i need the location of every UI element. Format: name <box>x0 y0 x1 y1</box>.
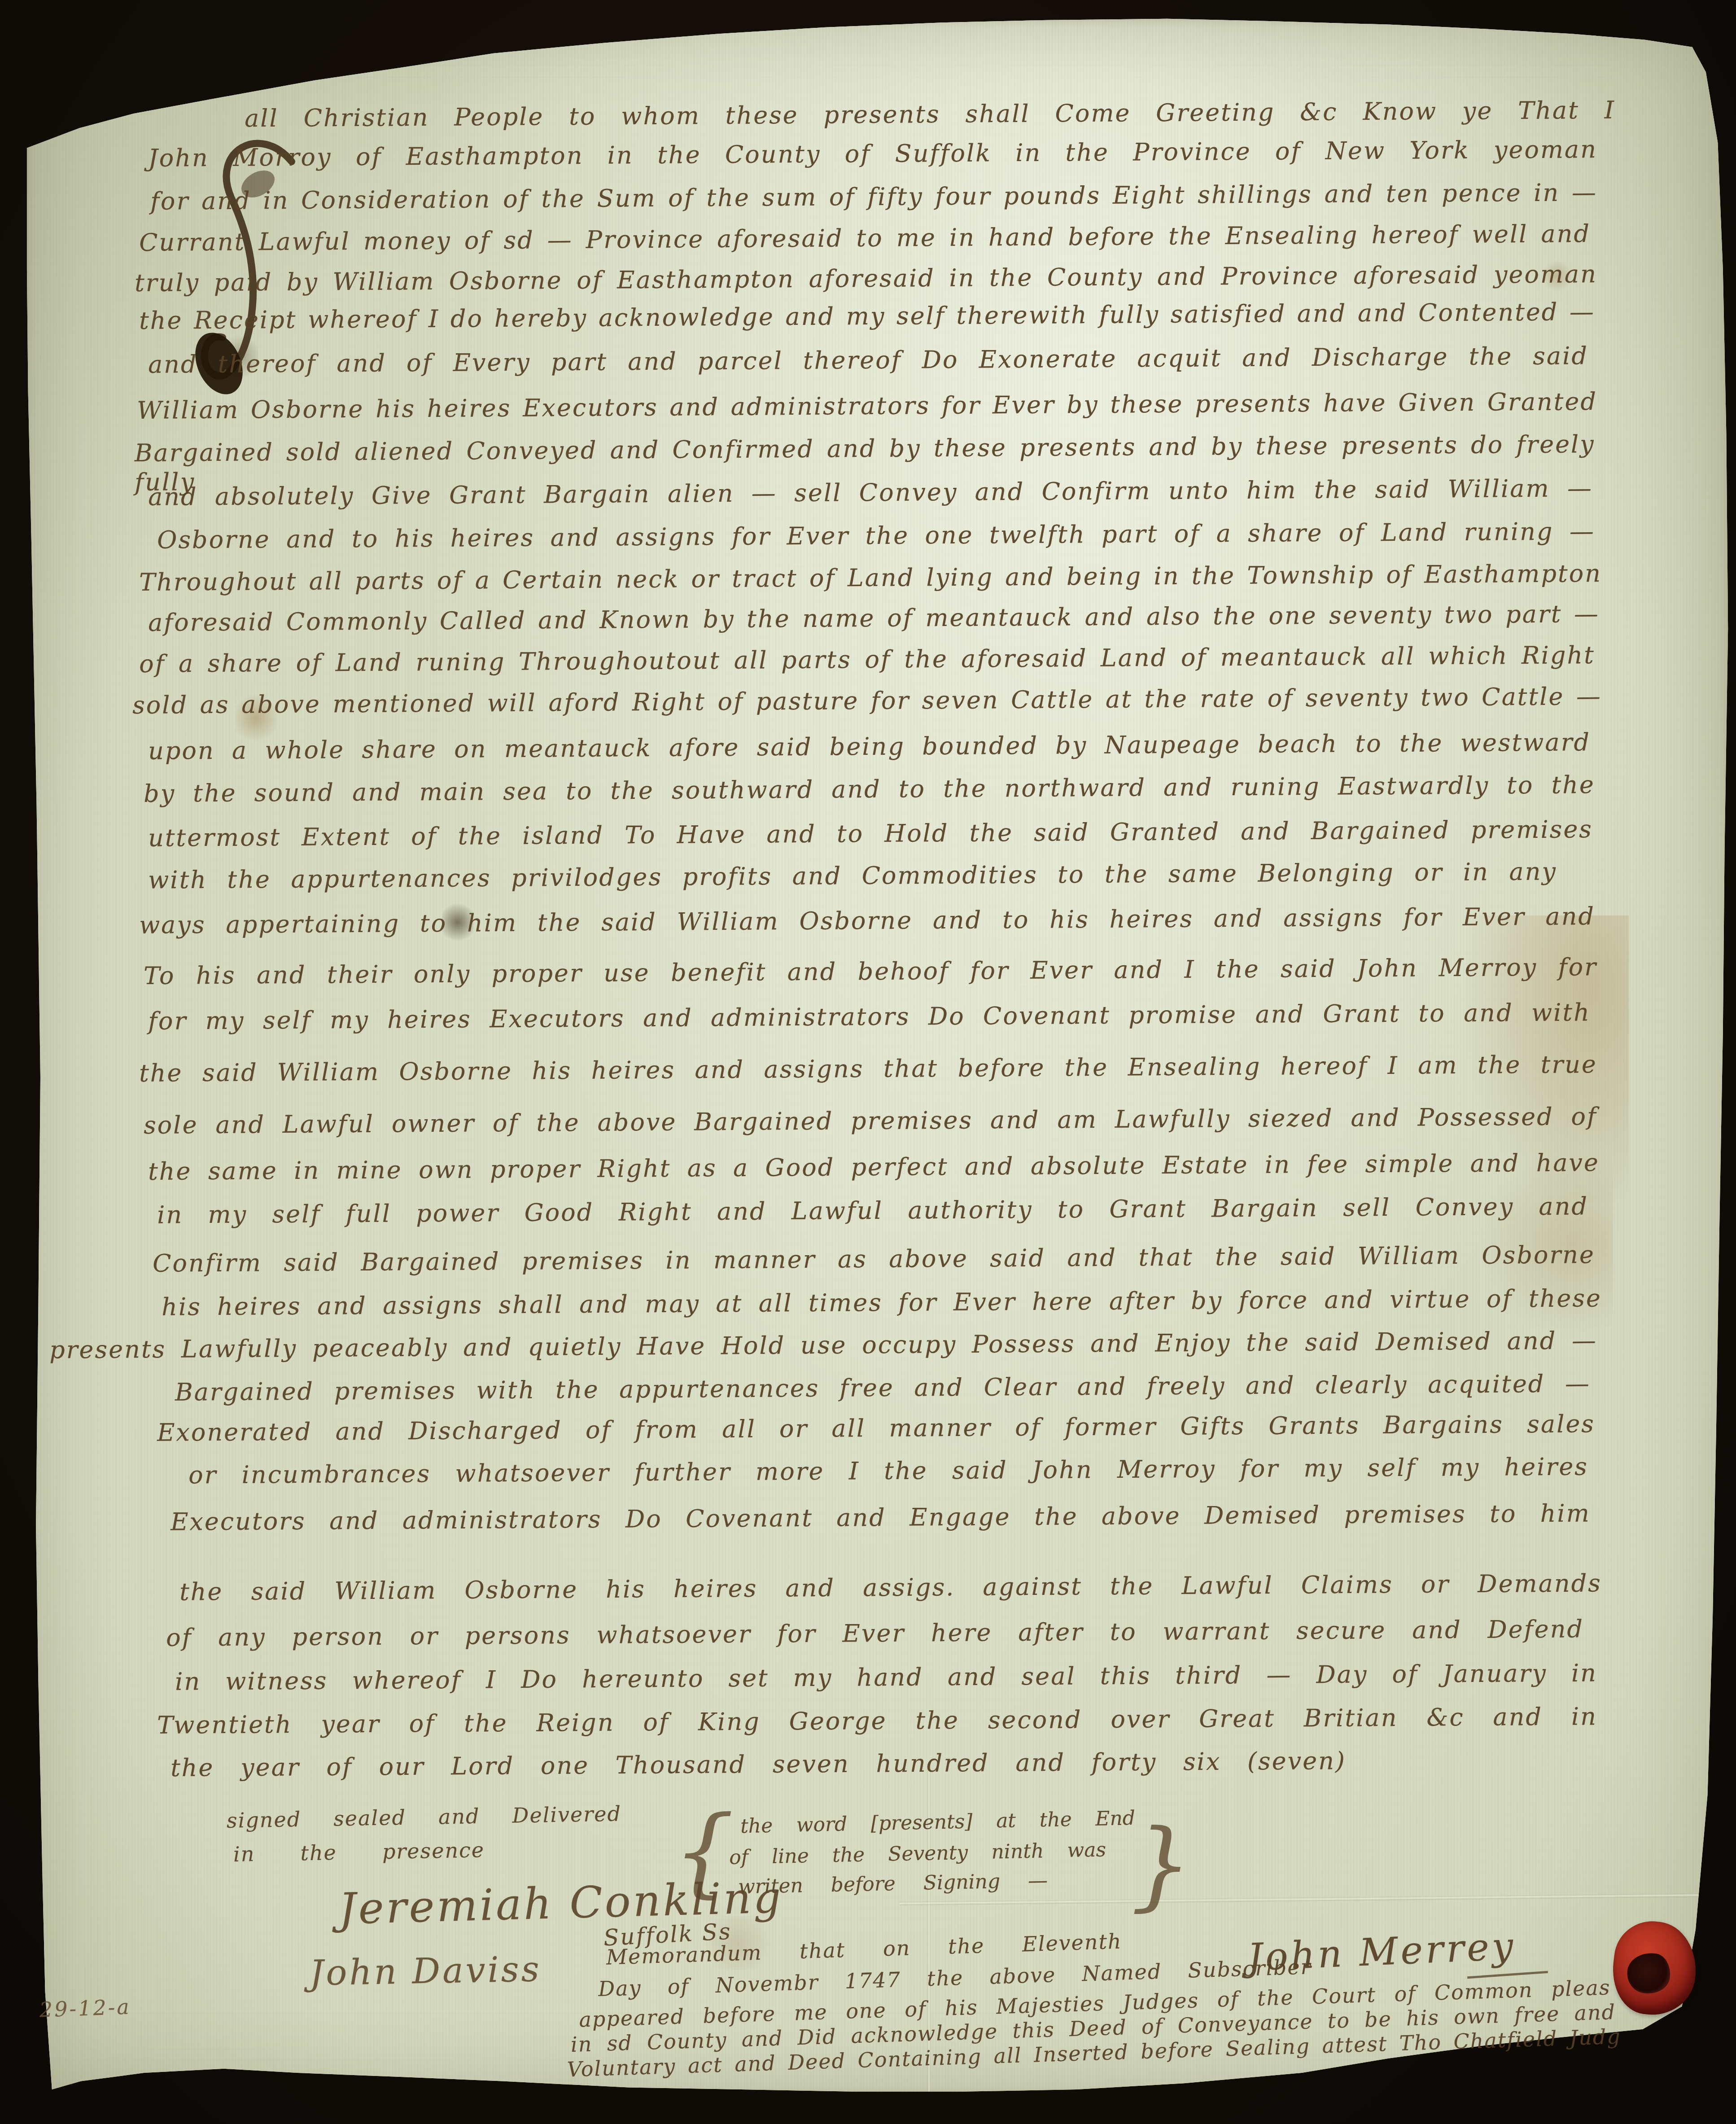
photograph-of-deed: { "document": { "opening_initial_label":… <box>0 0 1736 2124</box>
attestation-line-2: in the presence <box>233 1838 485 1866</box>
horizontal-fold-crease <box>900 1893 1736 1905</box>
archival-number: 29-12-a <box>39 1994 131 2022</box>
witness-signature-john-daviss: John Daviss <box>309 1949 542 1993</box>
wax-seal-impression <box>1625 1950 1673 1997</box>
brace-right-icon: } <box>1131 1809 1192 1921</box>
